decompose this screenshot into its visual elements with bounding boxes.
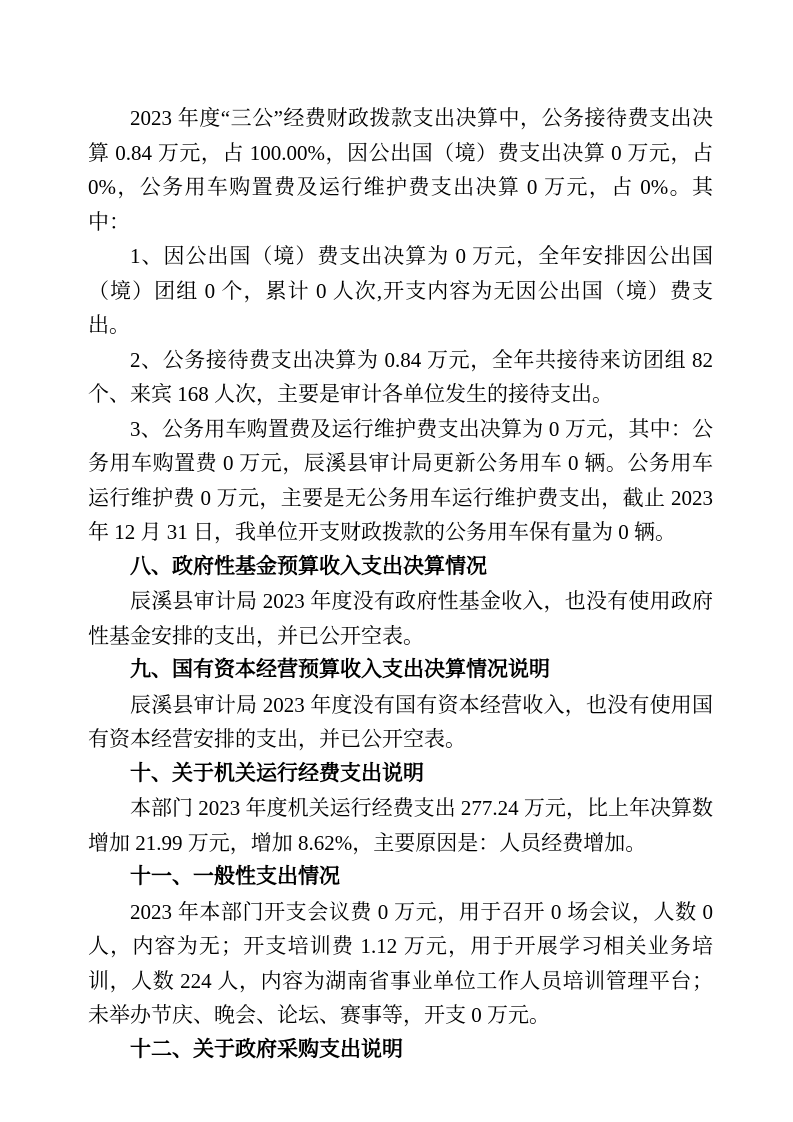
document-page: 2023 年度“三公”经费财政拨款支出决算中，公务接待费支出决算 0.84 万元… [0,0,793,1122]
body-paragraph: 辰溪县审计局 2023 年度没有政府性基金收入，也没有使用政府性基金安排的支出，… [88,584,713,653]
section-heading: 十二、关于政府采购支出说明 [88,1033,713,1068]
section-heading: 九、国有资本经营预算收入支出决算情况说明 [88,653,713,688]
body-paragraph: 2023 年度“三公”经费财政拨款支出决算中，公务接待费支出决算 0.84 万元… [88,101,713,239]
section-heading: 八、政府性基金预算收入支出决算情况 [88,550,713,585]
section-heading: 十一、一般性支出情况 [88,860,713,895]
body-paragraph: 辰溪县审计局 2023 年度没有国有资本经营收入，也没有使用国有资本经营安排的支… [88,688,713,757]
body-paragraph: 本部门 2023 年度机关运行经费支出 277.24 万元，比上年决算数增加 2… [88,791,713,860]
body-paragraph: 3、公务用车购置费及运行维护费支出决算为 0 万元，其中：公务用车购置费 0 万… [88,412,713,550]
body-paragraph: 2、公务接待费支出决算为 0.84 万元，全年共接待来访团组 82 个、来宾 1… [88,343,713,412]
document-content: 2023 年度“三公”经费财政拨款支出决算中，公务接待费支出决算 0.84 万元… [88,101,713,1067]
body-paragraph: 1、因公出国（境）费支出决算为 0 万元，全年安排因公出国（境）团组 0 个，累… [88,239,713,343]
section-heading: 十、关于机关运行经费支出说明 [88,757,713,792]
body-paragraph: 2023 年本部门开支会议费 0 万元，用于召开 0 场会议，人数 0 人，内容… [88,895,713,1033]
